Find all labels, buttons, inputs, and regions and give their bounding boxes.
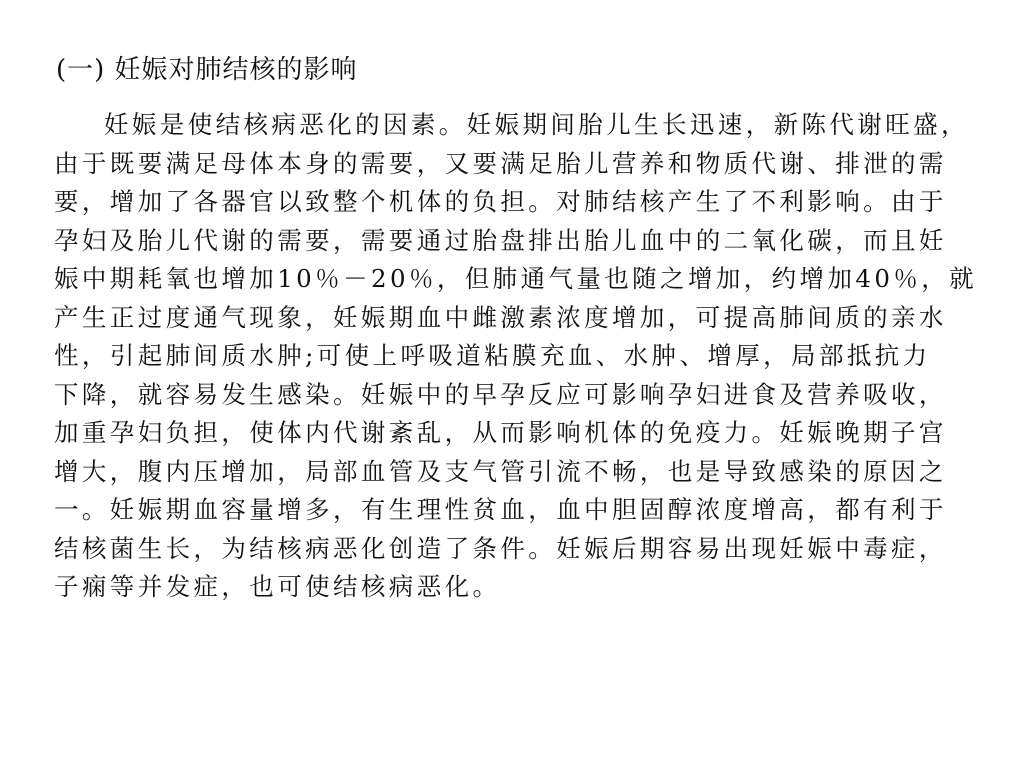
- paragraph-line: 一。妊娠期血容量增多，有生理性贫血，血中胆固醇浓度增高，都有利于: [54, 491, 974, 530]
- paragraph-line: 孕妇及胎儿代谢的需要，需要通过胎盘排出胎儿血中的二氧化碳，而且妊: [54, 222, 974, 261]
- section-heading: (一) 妊娠对肺结核的影响: [56, 52, 358, 88]
- paragraph-line: 增大，腹内压增加，局部血管及支气管引流不畅，也是导致感染的原因之: [54, 453, 974, 492]
- paragraph-line: 下降，就容易发生感染。妊娠中的早孕反应可影响孕妇进食及营养吸收，: [54, 376, 974, 415]
- paragraph-line: 要，增加了各器官以致整个机体的负担。对肺结核产生了不利影响。由于: [54, 183, 974, 222]
- paragraph-line: 子痫等并发症，也可使结核病恶化。: [54, 568, 974, 607]
- paragraph-line: 妊娠是使结核病恶化的因素。妊娠期间胎儿生长迅速，新陈代谢旺盛，: [54, 106, 974, 145]
- paragraph-line: 由于既要满足母体本身的需要，又要满足胎儿营养和物质代谢、排泄的需: [54, 145, 974, 184]
- paragraph-line: 娠中期耗氧也增加10％－20％，但肺通气量也随之增加，约增加40％，就: [54, 260, 974, 299]
- paragraph-line: 产生正过度通气现象，妊娠期血中雌激素浓度增加，可提高肺间质的亲水: [54, 299, 974, 338]
- body-paragraph: 妊娠是使结核病恶化的因素。妊娠期间胎儿生长迅速，新陈代谢旺盛， 由于既要满足母体…: [54, 106, 974, 607]
- paragraph-line: 加重孕妇负担，使体内代谢紊乱，从而影响机体的免疫力。妊娠晚期子宫: [54, 414, 974, 453]
- paragraph-line: 结核菌生长，为结核病恶化创造了条件。妊娠后期容易出现妊娠中毒症，: [54, 530, 974, 569]
- paragraph-line: 性，引起肺间质水肿;可使上呼吸道粘膜充血、水肿、增厚，局部抵抗力: [54, 337, 974, 376]
- slide: (一) 妊娠对肺结核的影响 妊娠是使结核病恶化的因素。妊娠期间胎儿生长迅速，新陈…: [0, 0, 1024, 768]
